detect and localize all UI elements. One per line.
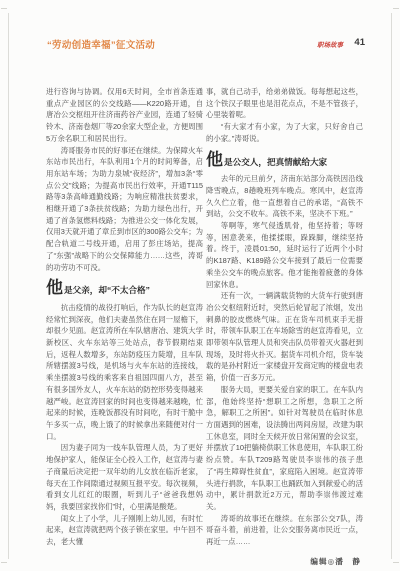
campaign-title: “劳动创造幸福”征文活动 xyxy=(47,37,155,51)
crop-mark xyxy=(1,8,7,9)
editor-credit: 编辑◎潘 静 xyxy=(206,556,363,568)
paragraph: 等啊等，寒气侵透肌骨，他坚持着；等呀等，困意袭来，他揉揉眼，跺跺脚，继续坚持着。… xyxy=(206,220,363,290)
page-trim-line-right xyxy=(391,13,392,559)
section-heading-father: 他是父亲，却“不太合格” xyxy=(46,282,203,297)
article-column-right: 事，就自己动手，给弟弟做饭。每每想起这些，这个铁汉子眼里也是泪花点点，不是不管孩… xyxy=(206,86,363,567)
crop-mark xyxy=(1,562,7,563)
paragraph: “有大家才有小家，为了大家，只好舍自己的小家。”涛哥说。 xyxy=(206,121,363,144)
page-header: “劳动创造幸福”征文活动 职场故事 41 xyxy=(47,37,365,51)
paragraph: 因为妻子同为一线车队管理人员，为了更好地保护家人，能保证全心投入工作，赵宣涛与妻… xyxy=(46,442,203,512)
paragraph: 还有一次，一辆满载货物的大货车行驶到唐冶公交枢纽附近时，突然后轮冒起了浓烟，发出… xyxy=(206,290,363,384)
paragraph: 闺女上了小学，儿子刚刚上幼儿园，有时忙起来，赵宣涛就把两个孩子锁在家里。中午回不… xyxy=(46,513,203,548)
paragraph: 涛哥服务市民的好事还在继续。为保障火车东站市民出行，车队利用1个月的时间筹备，启… xyxy=(46,145,203,274)
heading-drop-char: 他 xyxy=(46,278,63,297)
section-heading-busman: 他是公交人，把真情献给大家 xyxy=(206,154,363,169)
paragraph: 抗击疫情的战役打响后，作为队长的赵宣涛经常忙到深夜，他们夫妻虽然住在同一屋檐下，… xyxy=(46,302,203,442)
heading-drop-char: 他 xyxy=(206,150,223,169)
crop-mark xyxy=(393,8,399,9)
heading-text: 是公交人，把真情献给大家 xyxy=(224,157,327,167)
heading-text: 是父亲，却“不太合格” xyxy=(64,285,150,295)
page-number: 41 xyxy=(354,37,365,48)
article-column-left: 进行咨询与协调。仅用6天时间，全市首条连通重点产业园区的公交线路——K220路开… xyxy=(46,86,203,548)
paragraph: 服务大局，更要关爱自家的职工。在车队内部，他始终坚持“想职工之所想，急职工之所急… xyxy=(206,384,363,513)
paragraph: 去年的元旦前夕，济南东站部分高铁因沿线降雪晚点，8趟晚班列车晚点。寒风中，赵宣涛… xyxy=(206,173,363,220)
page-trim-line-left xyxy=(8,13,9,559)
paragraph: 涛哥的故事还在继续。在东部公交7队，涛哥奋斗着，前进着，让公交服务离市民近一点，… xyxy=(206,513,363,548)
paragraph: 事，就自己动手，给弟弟做饭。每每想起这些，这个铁汉子眼里也是泪花点点，不是不管孩… xyxy=(206,86,363,121)
crop-mark xyxy=(393,562,399,563)
magazine-page: “劳动创造幸福”征文活动 职场故事 41 进行咨询与协调。仅用6天时间，全市首条… xyxy=(0,0,400,571)
section-label: 职场故事 xyxy=(317,40,343,49)
paragraph: 进行咨询与协调。仅用6天时间，全市首条连通重点产业园区的公交线路——K220路开… xyxy=(46,86,203,145)
